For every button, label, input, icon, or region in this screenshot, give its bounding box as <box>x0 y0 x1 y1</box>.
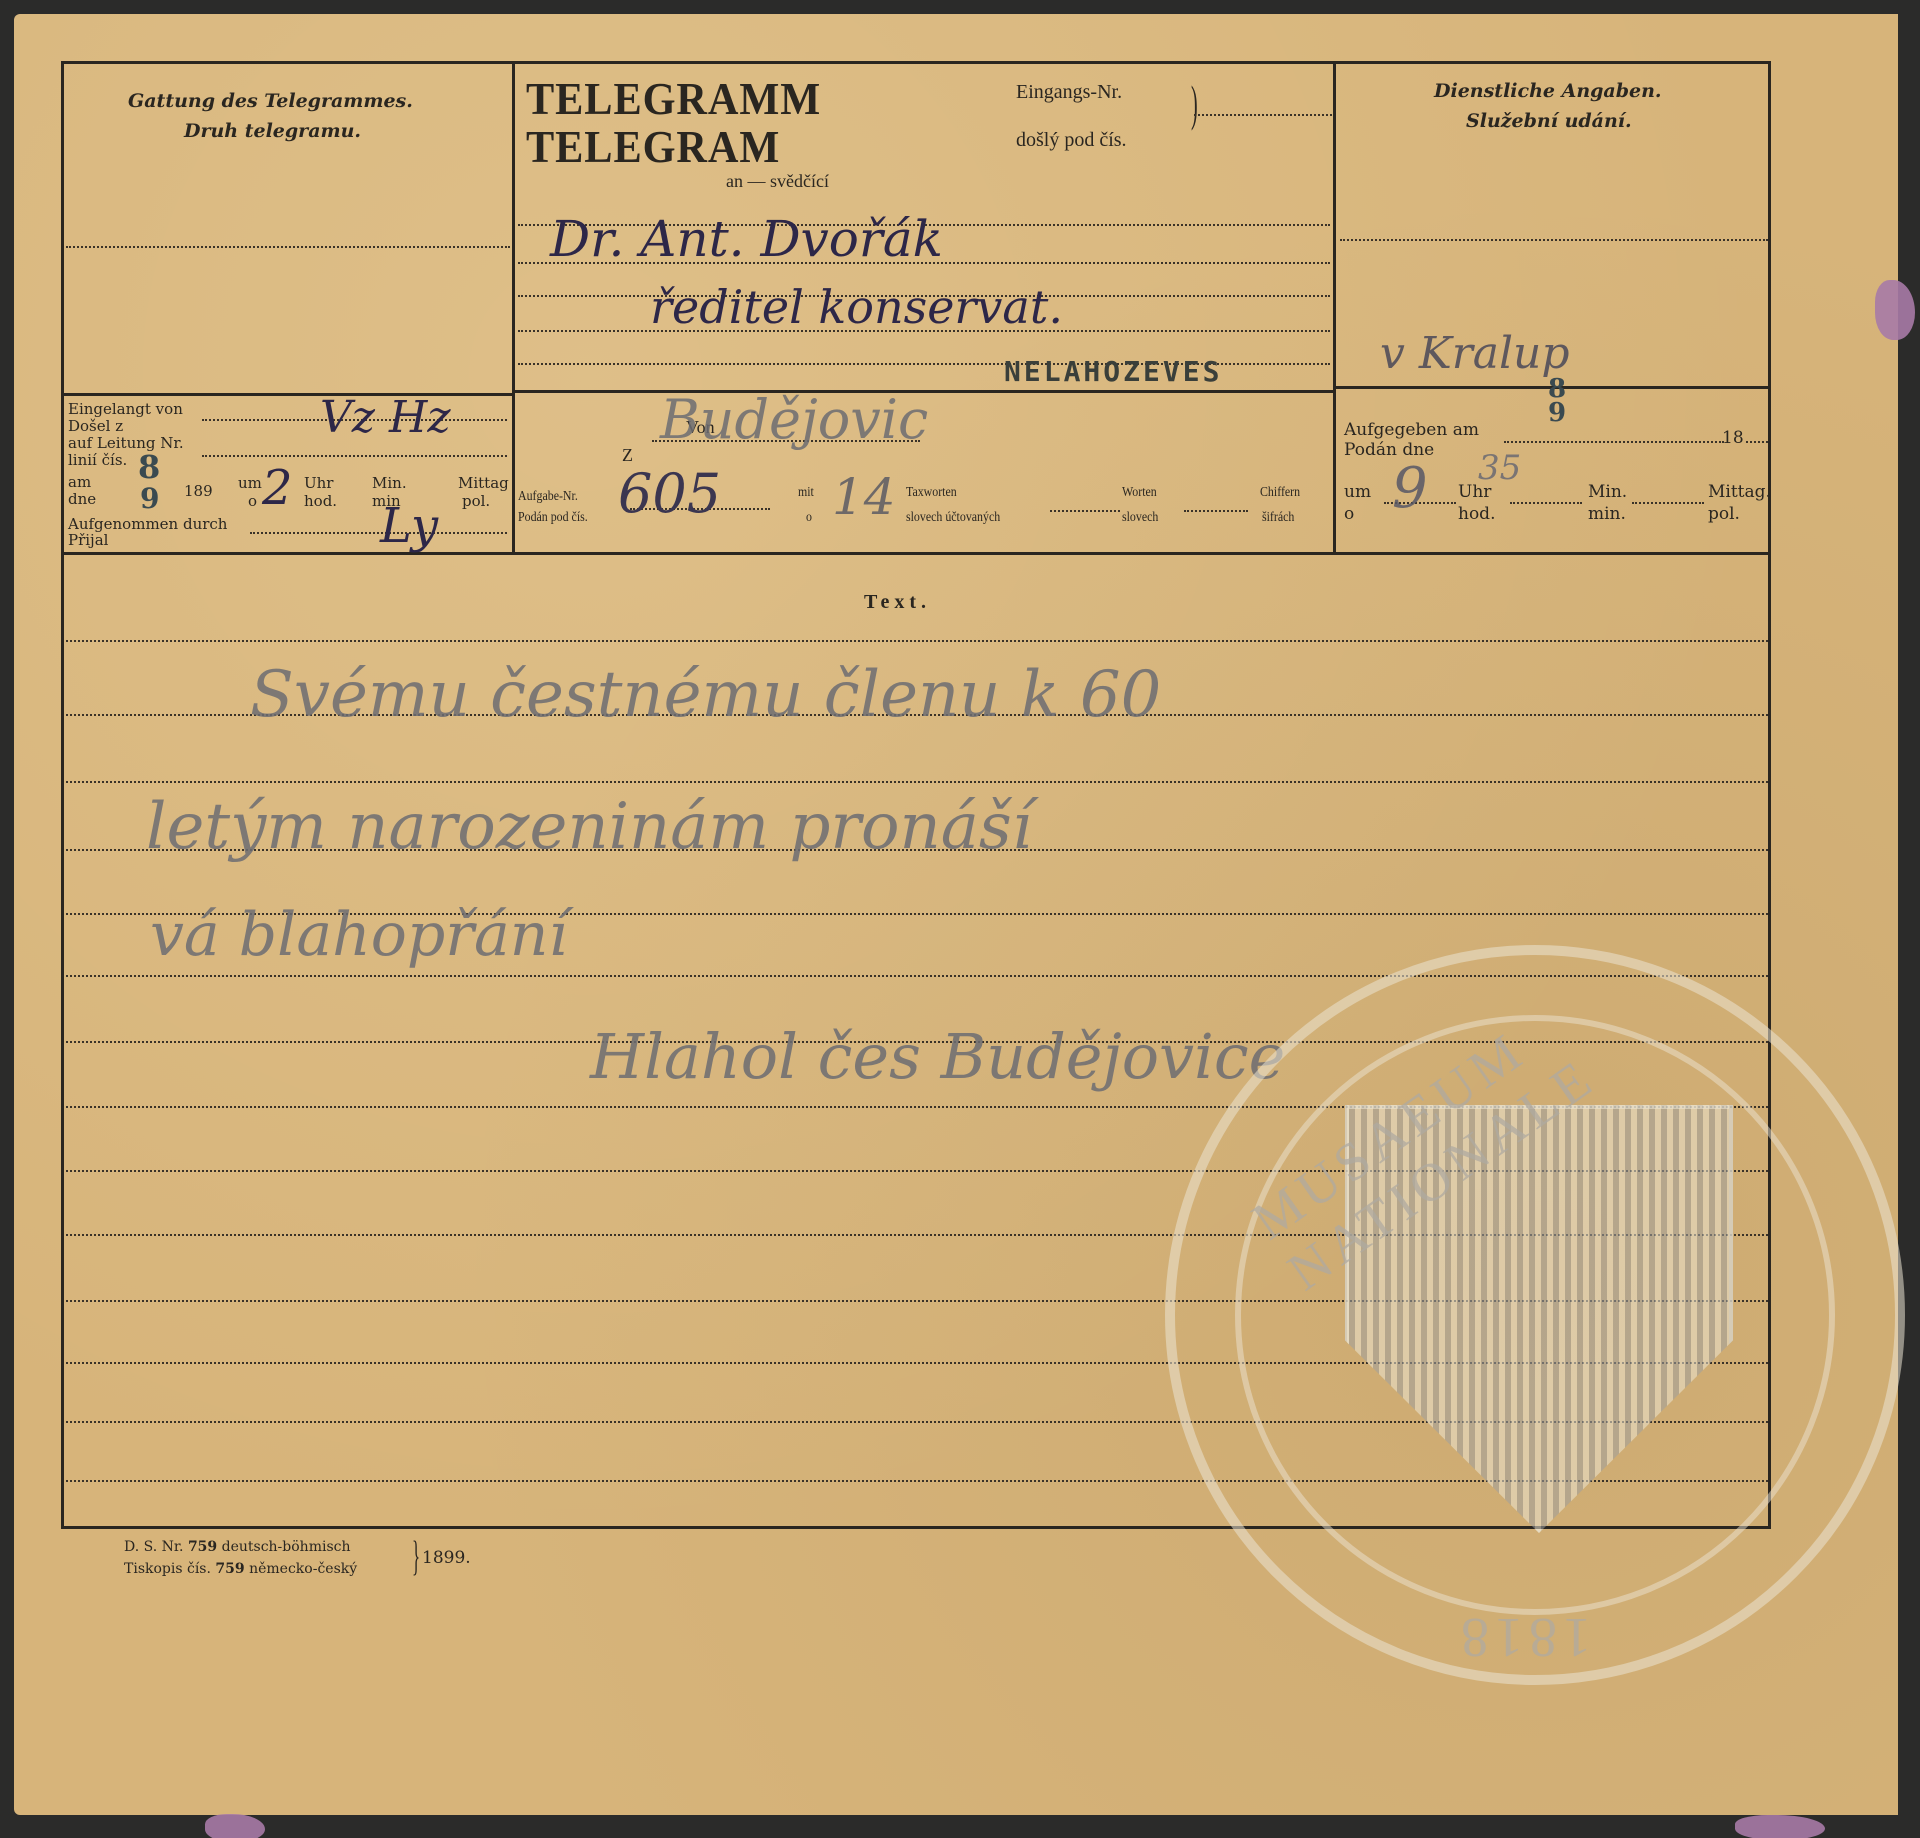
footer-line1-suffix: deutsch-böhmisch <box>222 1539 351 1555</box>
footer-line1-number: 759 <box>188 1539 217 1555</box>
submission-min-dotted <box>1510 502 1582 504</box>
submission-year-prefix: 18 <box>1722 430 1744 447</box>
submission-min-de: Min. <box>1588 484 1627 501</box>
arrival-date-denominator: 9 <box>140 482 159 515</box>
divider-left-top <box>512 61 515 553</box>
aufgenommen-cs: Přijal <box>68 533 108 548</box>
title-de: TELEGRAMM <box>526 76 821 122</box>
footer-line2-prefix: Tiskopis čís. <box>124 1561 211 1577</box>
divider-header-bottom <box>61 552 1771 555</box>
recipient-name-handwritten: Dr. Ant. Dvořák <box>550 210 943 268</box>
purple-blot-bottom <box>205 1814 265 1838</box>
am-de: am <box>68 475 91 490</box>
recipient-label: an — svědčící <box>726 172 829 190</box>
arrival-mittag-cs: pol. <box>462 494 490 509</box>
footer-line2-number: 759 <box>215 1561 244 1577</box>
taxworten-cs: slovech účtovaných <box>906 511 1000 525</box>
eingelangt-cs: Došel z <box>68 419 123 434</box>
word-count-handwritten: 14 <box>832 468 896 526</box>
arrival-min-de: Min. <box>372 476 407 491</box>
footer-line-1: D. S. Nr. 759 deutsch-böhmisch <box>124 1540 351 1554</box>
kind-dotted-line <box>66 246 510 248</box>
divider-right-top <box>1333 61 1336 553</box>
message-line-3: vá blahopřání <box>150 900 568 970</box>
background-edge <box>1898 0 1920 1838</box>
aufgabe-number-handwritten: 605 <box>618 462 721 525</box>
taxworten-de: Taxworten <box>906 486 957 500</box>
aufgenommen-dotted <box>250 532 507 534</box>
arrival-uhr-de: Uhr <box>304 476 333 491</box>
aufgegeben-de: Aufgegeben am <box>1344 422 1479 439</box>
eingangs-label-cs: došlý pod čís. <box>1016 130 1127 150</box>
submission-mittag-dotted <box>1632 502 1704 504</box>
submission-date-denominator: 9 <box>1548 398 1566 428</box>
worten-cs: slovech <box>1122 511 1158 525</box>
submission-um-de: um <box>1344 484 1371 501</box>
title-cs: TELEGRAM <box>526 124 780 170</box>
footer-line-2: Tiskopis čís. 759 německo-český <box>124 1562 357 1576</box>
footer-year: 1899. <box>422 1550 471 1567</box>
service-label-de: Dienstliche Angaben. <box>1434 82 1662 101</box>
purple-blot-bottom-right <box>1735 1815 1825 1838</box>
arrival-uhr-cs: hod. <box>304 494 337 509</box>
eingangs-brace: ) <box>1191 78 1198 128</box>
submission-uhr-de: Uhr <box>1458 484 1491 501</box>
message-line-4-signature: Hlahol čes Budějovice <box>590 1020 1285 1093</box>
aufgegeben-dotted <box>1504 441 1724 443</box>
kind-label-de: Gattung des Telegrammes. <box>128 92 413 111</box>
aufgabe-cs: Podán pod čís. <box>518 511 588 525</box>
footer-brace: } <box>412 1536 420 1578</box>
mit-de: mit <box>798 486 814 500</box>
arrival-date-numerator: 8 <box>138 448 160 486</box>
arrival-um-de: um <box>238 476 262 491</box>
arrival-initials-handwritten: Vz Hz <box>320 392 451 443</box>
submission-uhr-cs: hod. <box>1458 506 1495 523</box>
museum-seal: MUSAEUM NATIONALE 1818 <box>1165 945 1905 1685</box>
eingangs-dotted-line <box>1194 114 1332 116</box>
text-line-1 <box>66 640 1768 642</box>
submission-um-cs: o <box>1344 506 1354 523</box>
eingangs-label-de: Eingangs-Nr. <box>1016 82 1122 102</box>
arrival-um-cs: o <box>248 494 257 509</box>
arrival-year-prefix: 189 <box>184 484 213 499</box>
worten-de: Worten <box>1122 486 1157 500</box>
arrival-signature-handwritten: Ly <box>380 498 438 554</box>
chiffern-cs: šifrách <box>1262 511 1294 525</box>
leitung-dotted <box>202 455 507 457</box>
aufgenommen-de: Aufgenommen durch <box>68 517 227 532</box>
leitung-de: auf Leitung Nr. <box>68 436 184 451</box>
mit-cs: o <box>806 511 812 525</box>
place-stamp: NELAHOZEVES <box>1004 358 1222 386</box>
message-line-1: Svému čestnému členu k 60 <box>250 658 1161 732</box>
arrival-mittag-de: Mittag <box>458 476 509 491</box>
chiffern-dotted <box>1184 510 1248 512</box>
submission-hour-handwritten: 9 <box>1392 456 1428 521</box>
origin-place-handwritten: Budějovic <box>660 388 928 451</box>
eingelangt-de: Eingelangt von <box>68 402 183 417</box>
am-cs: dne <box>68 492 96 507</box>
service-label-cs: Služební udání. <box>1466 112 1632 131</box>
seal-year: 1818 <box>1455 1605 1591 1669</box>
year-dotted <box>1746 441 1768 443</box>
submission-mittag-de: Mittag. <box>1708 484 1771 501</box>
service-dotted-line <box>1340 239 1768 241</box>
submission-mittag-cs: pol. <box>1708 506 1740 523</box>
kind-label-cs: Druh telegramu. <box>184 122 361 141</box>
text-heading: Text. <box>864 592 931 612</box>
message-line-2: letým narozeninám pronáší <box>146 790 1032 864</box>
service-note-handwritten: v Kralup <box>1380 328 1570 379</box>
arrival-hour-handwritten: 2 <box>262 460 293 516</box>
submission-min-cs: min. <box>1588 506 1626 523</box>
worten-dotted <box>1050 510 1120 512</box>
footer-line2-suffix: německo-český <box>249 1561 357 1577</box>
footer-line1-prefix: D. S. Nr. <box>124 1539 183 1555</box>
recipient-title-handwritten: ředitel konservat. <box>650 280 1063 334</box>
aufgabe-de: Aufgabe-Nr. <box>518 490 578 504</box>
leitung-cs: linií čís. <box>68 453 127 468</box>
text-line-3 <box>66 781 1768 783</box>
chiffern-de: Chiffern <box>1260 486 1300 500</box>
